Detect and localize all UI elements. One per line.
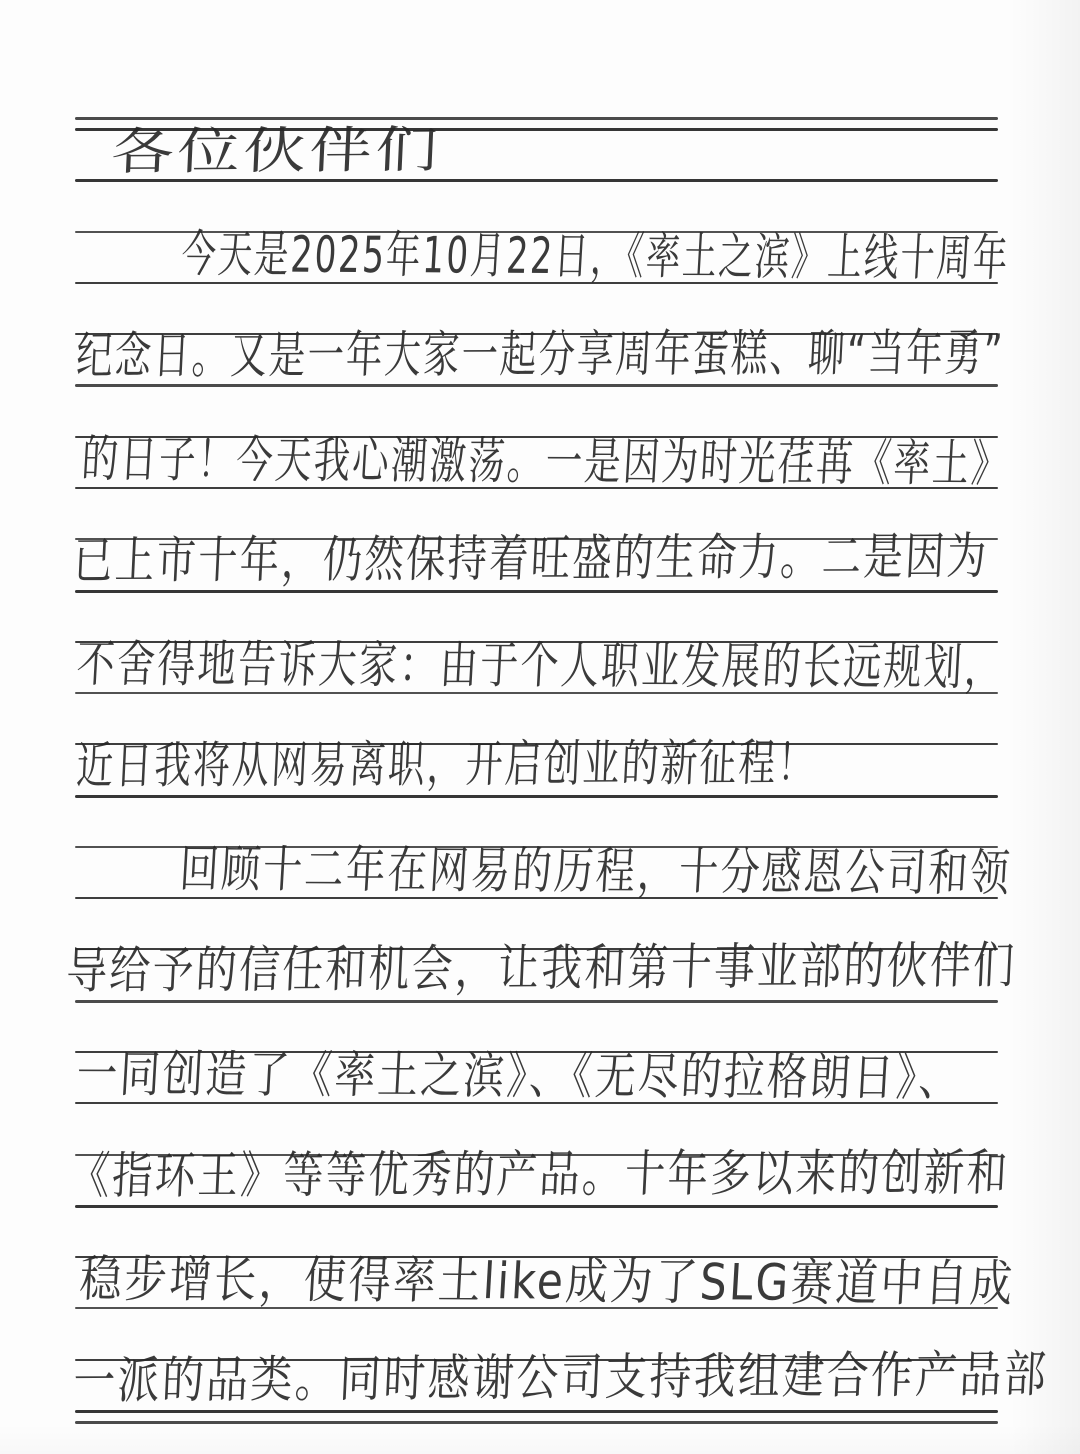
handwritten-line: 近日我将从网易离职，开启创业的新征程！ (75, 733, 818, 796)
handwritten-line: 稳步增长，使得率土like成为了SLG赛道中自成 (78, 1249, 1016, 1314)
handwritten-line: 导给予的信任和机会，让我和第十事业部的伙伴们 (65, 935, 1018, 1001)
ruled-line (75, 795, 998, 798)
handwritten-line: 一派的品类。同时感谢公司支持我组建合作产品部 (72, 1344, 1050, 1411)
ruled-line (75, 1421, 998, 1424)
handwritten-line: 《指环王》等等优秀的产品。十年多以来的创新和 (68, 1143, 1011, 1206)
ruled-line (75, 1410, 998, 1413)
ruled-line (75, 1000, 998, 1003)
ruled-line (75, 117, 998, 120)
handwritten-line: 回顾十二年在网易的历程，十分感恩公司和领 (178, 839, 1013, 903)
handwritten-line: 已上市十年，仍然保持着旺盛的生命力。二是因为 (72, 526, 990, 591)
handwritten-line: 纪念日。又是一年大家一起分享周年蛋糕、聊“当年勇” (75, 323, 1006, 386)
handwritten-line: 一同创造了《率土之滨》、《无尽的拉格朗日》、 (75, 1044, 963, 1108)
handwritten-line: 今天是2025年10月22日，《率土之滨》上线十周年 (180, 224, 1011, 288)
notebook-page: 各位伙伴们 今天是2025年10月22日，《率土之滨》上线十周年 纪念日。又是一… (0, 0, 1080, 1454)
handwritten-line: 不舍得地告诉大家：由于个人职业发展的长远规划， (75, 634, 1006, 697)
handwritten-line: 的日子！今天我心潮激荡。一是因为时光荏苒《率土》 (80, 429, 1011, 494)
handwritten-line: 各位伙伴们 (110, 120, 443, 182)
ruled-line (75, 590, 998, 593)
